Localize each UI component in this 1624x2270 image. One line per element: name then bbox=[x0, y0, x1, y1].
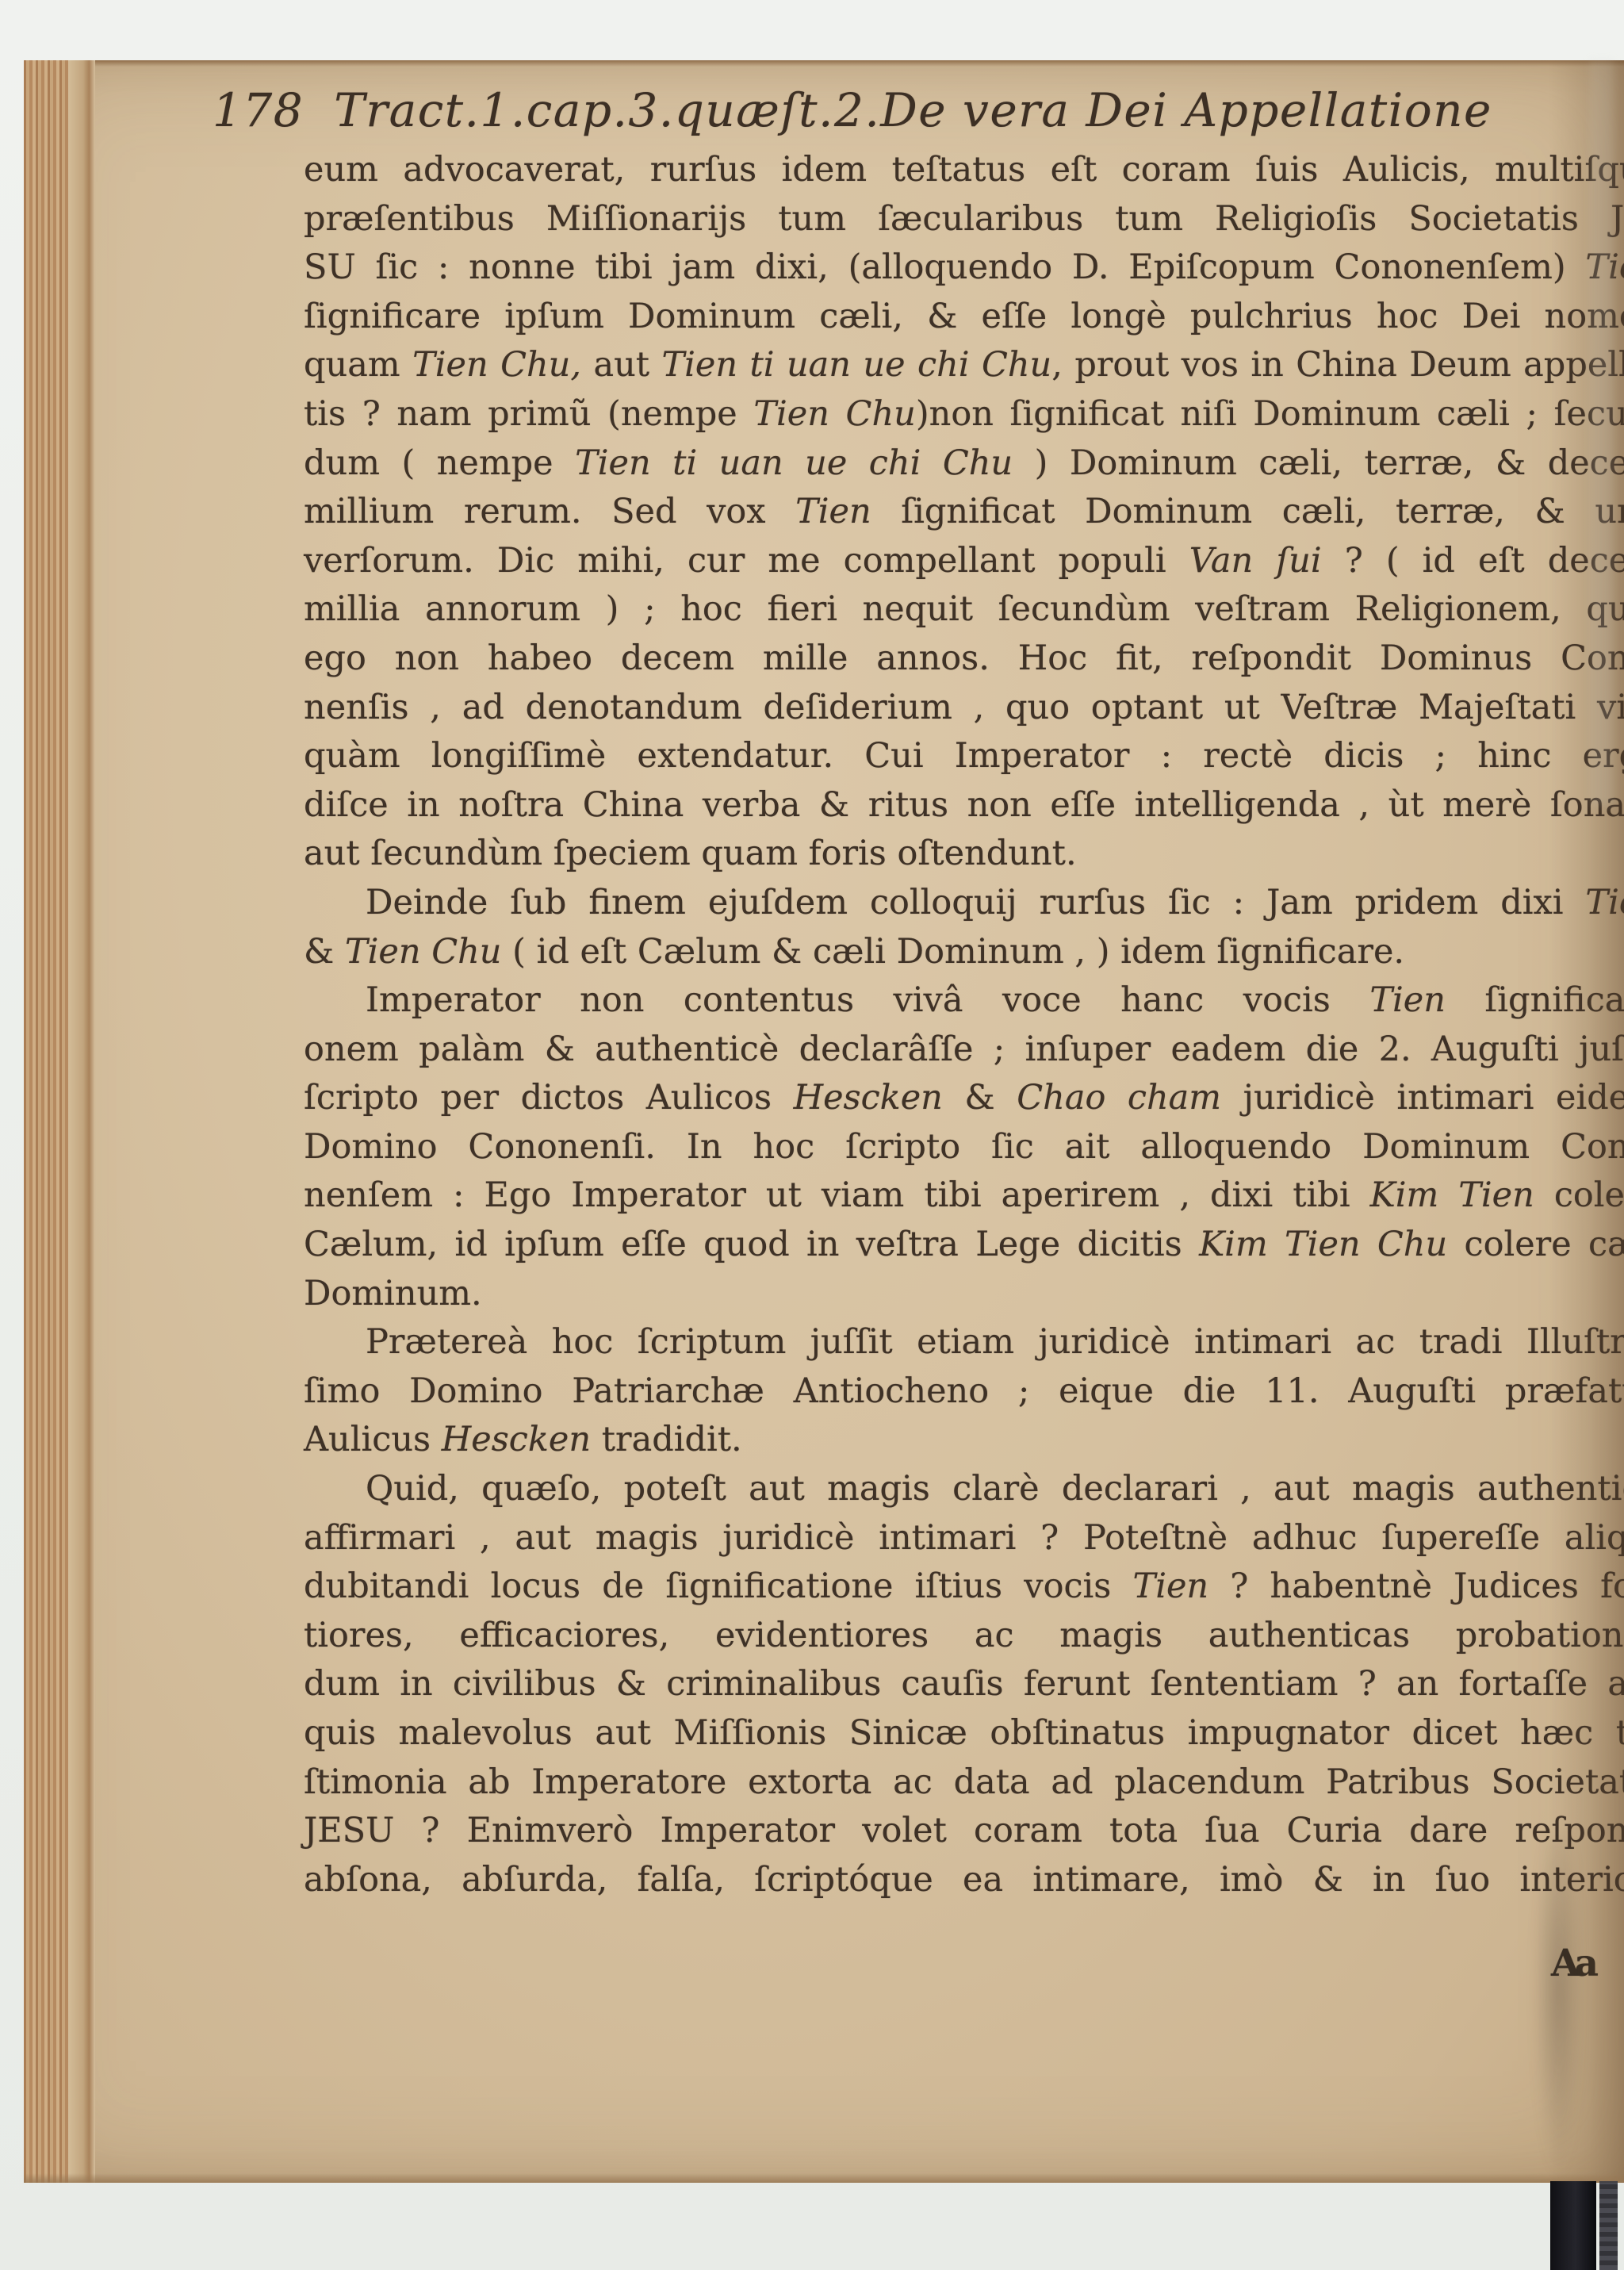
page-number: 178 bbox=[213, 83, 304, 137]
text-segment: ) Dominum cæli, terræ, & decem bbox=[1013, 443, 1624, 483]
text-segment: quàm longiſſimè extendatur. Cui Imperato… bbox=[304, 736, 1624, 776]
text-line: aut ſecundùm ſpeciem quam foris oſtendun… bbox=[304, 830, 1624, 879]
text-segment: colere bbox=[1534, 1175, 1624, 1215]
text-segment: tradidit. bbox=[591, 1420, 742, 1459]
text-line: Domino Cononenſi. In hoc ſcripto ſic ait… bbox=[304, 1123, 1624, 1172]
italic-term: Hescken bbox=[442, 1420, 591, 1459]
text-line: præſentibus Miſſionarijs tum ſæcularibus… bbox=[304, 195, 1624, 244]
text-line: eum advocaverat, rurſus idem teſtatus eſ… bbox=[304, 146, 1624, 195]
page-edge-stack bbox=[24, 60, 68, 2183]
italic-term: Tien ti uan ue chi Chu bbox=[662, 345, 1052, 385]
text-segment: onem palàm & authenticè declarâſſe ; inſ… bbox=[304, 1030, 1624, 1069]
text-segment: Aulicus bbox=[304, 1420, 442, 1459]
italic-term: Tien Chu bbox=[345, 932, 502, 972]
italic-term: Tien bbox=[1585, 883, 1624, 922]
text-segment: ſignificare ipſum Dominum cæli, & eſſe l… bbox=[304, 297, 1624, 336]
italic-term: Tien bbox=[1133, 1566, 1209, 1606]
text-segment: Deinde ſub finem ejuſdem colloquij rurſu… bbox=[366, 883, 1585, 922]
text-segment: quis malevolus aut Miſſionis Sinicæ obſt… bbox=[304, 1713, 1624, 1753]
text-segment: aut ſecundùm ſpeciem quam foris oſtendun… bbox=[304, 834, 1077, 873]
italic-term: Kim Tien bbox=[1370, 1175, 1534, 1215]
text-segment: ſimo Domino Patriarchæ Antiocheno ; eiqu… bbox=[304, 1371, 1624, 1411]
italic-term: Tien bbox=[1369, 980, 1446, 1020]
text-line: ego non habeo decem mille annos. Hoc fit… bbox=[304, 635, 1624, 684]
text-segment: Cælum, id ipſum eſſe quod in veſtra Lege… bbox=[304, 1225, 1199, 1264]
text-segment: JESU ? Enimverò Imperator volet coram to… bbox=[304, 1811, 1624, 1850]
text-line: onem palàm & authenticè declarâſſe ; inſ… bbox=[304, 1026, 1624, 1075]
text-segment: Imperator non contentus vivâ voce hanc v… bbox=[366, 980, 1369, 1020]
body-text: eum advocaverat, rurſus idem teſtatus eſ… bbox=[304, 146, 1624, 1904]
bookmark-ribbon bbox=[1550, 2181, 1596, 2270]
text-segment: verſorum. Dic mihi, cur me compellant po… bbox=[304, 541, 1189, 581]
text-segment: Dominum. bbox=[304, 1274, 482, 1313]
text-segment: diſce in noſtra China verba & ritus non … bbox=[304, 785, 1624, 825]
text-segment: nenſem : Ego Imperator ut viam tibi aper… bbox=[304, 1175, 1370, 1215]
text-line: ſimo Domino Patriarchæ Antiocheno ; eiqu… bbox=[304, 1367, 1624, 1417]
text-line: Quid, quæſo, poteſt aut magis clarè decl… bbox=[304, 1465, 1624, 1514]
ink-smear bbox=[1534, 1837, 1582, 2178]
text-segment: dubitandi locus de ſignificatione iſtius… bbox=[304, 1566, 1133, 1606]
text-line: quam Tien Chu, aut Tien ti uan ue chi Ch… bbox=[304, 341, 1624, 390]
text-line: ſignificare ipſum Dominum cæli, & eſſe l… bbox=[304, 293, 1624, 342]
text-segment: præſentibus Miſſionarijs tum ſæcularibus… bbox=[304, 199, 1624, 239]
text-segment: affirmari , aut magis juridicè intimari … bbox=[304, 1518, 1624, 1558]
text-line: dum ( nempe Tien ti uan ue chi Chu ) Dom… bbox=[304, 439, 1624, 489]
text-line: diſce in noſtra China verba & ritus non … bbox=[304, 781, 1624, 830]
text-segment: SU ſic : nonne tibi jam dixi, (alloquend… bbox=[304, 247, 1585, 287]
text-line: Cælum, id ipſum eſſe quod in veſtra Lege… bbox=[304, 1221, 1624, 1270]
text-segment: abſona, abſurda, falſa, ſcriptóque ea in… bbox=[304, 1860, 1624, 1900]
italic-term: Tien Chu, bbox=[412, 345, 581, 385]
header-title: Tract.1.cap.3.quæſt.2.De vera Dei Appell… bbox=[334, 83, 1492, 137]
book-page: 178Tract.1.cap.3.quæſt.2.De vera Dei App… bbox=[24, 60, 1624, 2183]
text-line: millia annorum ) ; hoc fieri nequit ſecu… bbox=[304, 585, 1624, 635]
text-segment: ſignificat Dominum cæli, terræ, & uni- bbox=[871, 492, 1624, 531]
text-line: affirmari , aut magis juridicè intimari … bbox=[304, 1514, 1624, 1563]
scan-reflection bbox=[1590, 60, 1614, 806]
text-segment: quam bbox=[304, 345, 412, 385]
text-line: quis malevolus aut Miſſionis Sinicæ obſt… bbox=[304, 1709, 1624, 1758]
text-line: Prætereà hoc ſcriptum juſſit etiam jurid… bbox=[304, 1318, 1624, 1367]
text-segment: ? habentnè Judices for- bbox=[1208, 1566, 1624, 1606]
text-segment: nenſis , ad denotandum deſiderium , quo … bbox=[304, 688, 1624, 727]
text-line: Dominum. bbox=[304, 1270, 1624, 1319]
text-line: & Tien Chu ( id eſt Cælum & cæli Dominum… bbox=[304, 928, 1624, 977]
text-segment: eum advocaverat, rurſus idem teſtatus eſ… bbox=[304, 150, 1624, 190]
text-line: verſorum. Dic mihi, cur me compellant po… bbox=[304, 537, 1624, 586]
text-segment: Domino Cononenſi. In hoc ſcripto ſic ait… bbox=[304, 1127, 1624, 1167]
page-edge-crease bbox=[68, 60, 95, 2183]
text-segment: ſignificati- bbox=[1446, 980, 1624, 1020]
text-line: millium rerum. Sed vox Tien ſignificat D… bbox=[304, 488, 1624, 537]
text-line: nenſem : Ego Imperator ut viam tibi aper… bbox=[304, 1171, 1624, 1221]
text-segment: juridicè intimari eidem bbox=[1221, 1078, 1624, 1118]
italic-term: Kim Tien Chu bbox=[1199, 1225, 1447, 1264]
text-segment: Prætereà hoc ſcriptum juſſit etiam jurid… bbox=[366, 1322, 1624, 1362]
text-segment: & bbox=[943, 1078, 1017, 1118]
italic-term: Hescken bbox=[794, 1078, 943, 1118]
italic-term: Chao cham bbox=[1017, 1078, 1221, 1118]
text-segment: millia annorum ) ; hoc fieri nequit ſecu… bbox=[304, 589, 1624, 629]
text-line: quàm longiſſimè extendatur. Cui Imperato… bbox=[304, 732, 1624, 781]
text-line: Deinde ſub finem ejuſdem colloquij rurſu… bbox=[304, 879, 1624, 928]
text-segment: ( id eſt Cælum & cæli Dominum , ) idem ſ… bbox=[501, 932, 1404, 972]
text-segment: )non ſignificat niſi Dominum cæli ; ſecu… bbox=[916, 394, 1624, 434]
text-line: JESU ? Enimverò Imperator volet coram to… bbox=[304, 1807, 1624, 1856]
text-segment: colere cæli bbox=[1447, 1225, 1624, 1264]
bookmark-ribbon-edge bbox=[1599, 2181, 1618, 2270]
text-line: nenſis , ad denotandum deſiderium , quo … bbox=[304, 684, 1624, 733]
text-line: SU ſic : nonne tibi jam dixi, (alloquend… bbox=[304, 243, 1624, 293]
italic-term: Tien ti uan ue chi Chu bbox=[575, 443, 1013, 483]
italic-term: Van ſui bbox=[1189, 541, 1322, 581]
text-segment: aut bbox=[581, 345, 661, 385]
text-line: Aulicus Hescken tradidit. bbox=[304, 1416, 1624, 1465]
text-line: tiores, efficaciores, evidentiores ac ma… bbox=[304, 1612, 1624, 1661]
text-line: dum in civilibus & criminalibus cauſis f… bbox=[304, 1660, 1624, 1709]
text-segment: Quid, quæſo, poteſt aut magis clarè decl… bbox=[366, 1469, 1624, 1509]
text-segment: dum in civilibus & criminalibus cauſis f… bbox=[304, 1664, 1624, 1704]
text-line: abſona, abſurda, falſa, ſcriptóque ea in… bbox=[304, 1856, 1624, 1905]
text-segment: & bbox=[304, 932, 345, 972]
text-segment: ſtimonia ab Imperatore extorta ac data a… bbox=[304, 1762, 1624, 1802]
italic-term: Tien Chu bbox=[753, 394, 916, 434]
text-segment: tiores, efficaciores, evidentiores ac ma… bbox=[304, 1616, 1624, 1655]
running-header: 178Tract.1.cap.3.quæſt.2.De vera Dei App… bbox=[213, 86, 1492, 135]
text-segment: ego non habeo decem mille annos. Hoc fit… bbox=[304, 638, 1624, 678]
text-segment: millium rerum. Sed vox bbox=[304, 492, 795, 531]
text-segment: tis ? nam primũ (nempe bbox=[304, 394, 753, 434]
text-segment: ſcripto per dictos Aulicos bbox=[304, 1078, 794, 1118]
text-line: ſcripto per dictos Aulicos Hescken & Cha… bbox=[304, 1074, 1624, 1123]
text-line: tis ? nam primũ (nempe Tien Chu)non ſign… bbox=[304, 390, 1624, 439]
scanned-page-canvas: { "document_type": "scanned-book-page", … bbox=[0, 0, 1624, 2270]
text-segment: ? ( id eſt decem bbox=[1322, 541, 1624, 581]
text-line: Imperator non contentus vivâ voce hanc v… bbox=[304, 976, 1624, 1026]
text-segment: , prout vos in China Deum appella- bbox=[1051, 345, 1624, 385]
text-line: ſtimonia ab Imperatore extorta ac data a… bbox=[304, 1758, 1624, 1808]
text-line: dubitandi locus de ſignificatione iſtius… bbox=[304, 1563, 1624, 1612]
text-segment: dum ( nempe bbox=[304, 443, 575, 483]
italic-term: Tien bbox=[795, 492, 871, 531]
